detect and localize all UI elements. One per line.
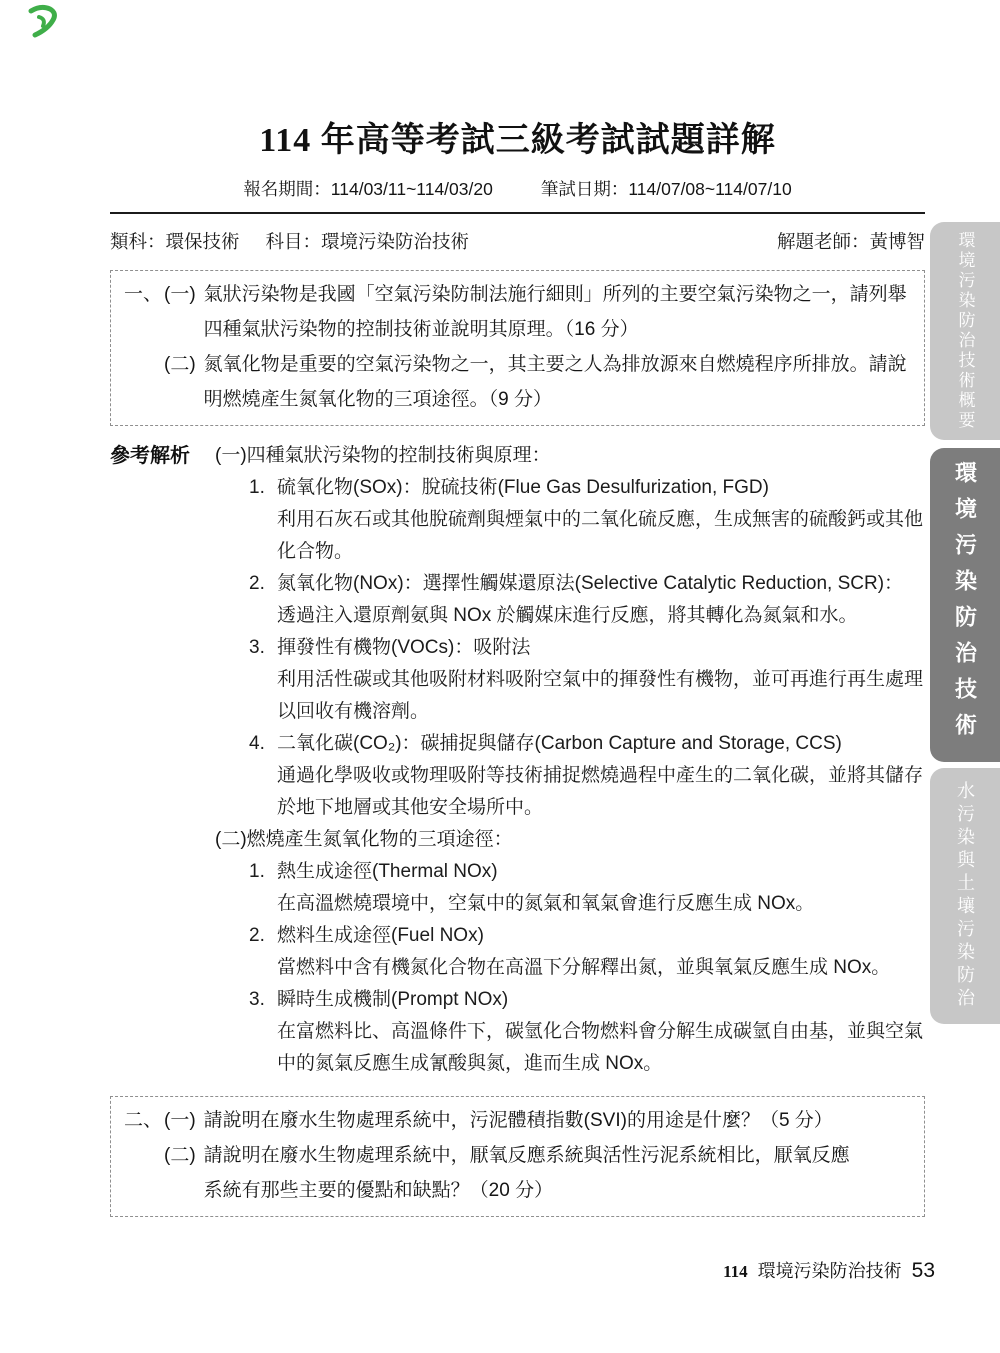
answer-item: 4. 二氧化碳(CO₂)：碳捕捉與儲存(Carbon Capture and S…: [215, 728, 925, 824]
green-corner-logo-icon: [26, 4, 58, 38]
category-label: 類科：環保技術: [110, 228, 240, 254]
exam-dates-row: 報名期間：114/03/11~114/03/20 筆試日期：114/07/08~…: [110, 176, 925, 201]
question-part-label: (一): [164, 1103, 196, 1138]
item-body: 當燃料中含有機氮化合物在高溫下分解釋出氮，並與氧氣反應生成 NOx。: [277, 952, 923, 984]
registration-period: 報名期間：114/03/11~114/03/20: [243, 176, 493, 201]
answer-item: 3. 揮發性有機物(VOCs)：吸附法 利用活性碳或其他吸附材料吸附空氣中的揮發…: [215, 632, 925, 728]
item-number: 2.: [249, 568, 271, 632]
sidebar-tab-water-soil-pollution: 水污染與土壤污染防治: [930, 768, 1000, 1024]
reference-analysis-content: (一)四種氣狀污染物的控制技術與原理： 1. 硫氧化物(SOx)：脫硫技術(Fl…: [215, 440, 925, 1080]
answer-item: 2. 燃料生成途徑(Fuel NOx) 當燃料中含有機氮化合物在高溫下分解釋出氮…: [215, 920, 925, 984]
answer-item: 3. 瞬時生成機制(Prompt NOx) 在富燃料比、高溫條件下，碳氫化合物燃…: [215, 984, 925, 1080]
question-part-label: (二): [164, 347, 196, 382]
header-divider: [110, 212, 925, 214]
item-title: 硫氧化物(SOx)：脫硫技術(Flue Gas Desulfurization,…: [277, 472, 923, 504]
question-2-box: 二、 (一) 請說明在廢水生物處理系統中，污泥體積指數(SVI)的用途是什麼？（…: [110, 1096, 925, 1217]
item-number: 3.: [249, 632, 271, 728]
sidebar-tab-label: 環境污染防治技術概要: [953, 231, 978, 431]
item-body: 利用活性碳或其他吸附材料吸附空氣中的揮發性有機物，並可再進行再生處理以回收有機溶…: [277, 664, 923, 728]
question-text: 請說明在廢水生物處理系統中，厭氧反應系統與活性污泥系統相比，厭氧反應系統有那些主…: [204, 1138, 852, 1208]
answer-item: 2. 氮氧化物(NOx)：選擇性觸媒還原法(Selective Catalyti…: [215, 568, 925, 632]
question-text: 氣狀污染物是我國「空氣污染防制法施行細則」所列的主要空氣污染物之一，請列舉四種氣…: [204, 277, 911, 347]
item-body: 通過化學吸收或物理吸附等技術捕捉燃燒過程中產生的二氧化碳，並將其儲存於地下地層或…: [277, 760, 923, 824]
item-title: 瞬時生成機制(Prompt NOx): [277, 984, 923, 1016]
question-part-label: (一): [164, 277, 196, 312]
answer-part-2-heading: (二)燃燒產生氮氧化物的三項途徑：: [215, 824, 925, 856]
question-2-part-2: (二) 請說明在廢水生物處理系統中，厭氧反應系統與活性污泥系統相比，厭氧反應系統…: [164, 1138, 911, 1208]
exam-paper-page: { "corner_mark": { "color": "#3fae49" },…: [0, 0, 1000, 1353]
item-body: 利用石灰石或其他脫硫劑與煙氣中的二氧化硫反應，生成無害的硫酸鈣或其他化合物。: [277, 504, 923, 568]
item-title: 熱生成途徑(Thermal NOx): [277, 856, 923, 888]
item-number: 1.: [249, 472, 271, 568]
answer-item: 1. 硫氧化物(SOx)：脫硫技術(Flue Gas Desulfurizati…: [215, 472, 925, 568]
item-body: 在高溫燃燒環境中，空氣中的氮氣和氧氣會進行反應生成 NOx。: [277, 888, 923, 920]
page-title: 114 年高等考試三級考試試題詳解: [110, 112, 925, 161]
footer-subject: 環境污染防治技術: [758, 1257, 902, 1283]
sidebar-tab-env-pollution-overview: 環境污染防治技術概要: [930, 222, 1000, 440]
item-title: 二氧化碳(CO₂)：碳捕捉與儲存(Carbon Capture and Stor…: [277, 728, 923, 760]
solver-label: 解題老師：黃博智: [777, 228, 925, 254]
sidebar-tab-label: 水污染與土壤污染防治: [952, 781, 978, 1011]
subject-label: 科目：環境污染防治技術: [266, 228, 470, 254]
page-content: 114 年高等考試三級考試試題詳解 報名期間：114/03/11~114/03/…: [110, 0, 925, 1217]
item-title: 氮氧化物(NOx)：選擇性觸媒還原法(Selective Catalytic R…: [277, 568, 923, 600]
sidebar-tab-label: 環境污染防治技術: [950, 461, 981, 749]
item-body: 透過注入還原劑氨與 NOx 於觸媒床進行反應，將其轉化為氮氣和水。: [277, 600, 923, 632]
answer-part-1-heading: (一)四種氣狀污染物的控制技術與原理：: [215, 440, 925, 472]
reference-analysis-label: 參考解析: [110, 440, 215, 1080]
item-title: 揮發性有機物(VOCs)：吸附法: [277, 632, 923, 664]
sidebar-tab-env-pollution-tech: 環境污染防治技術: [930, 448, 1000, 762]
footer-edition: 114: [723, 1262, 748, 1282]
question-1-box: 一、 (一) 氣狀污染物是我國「空氣污染防制法施行細則」所列的主要空氣污染物之一…: [110, 270, 925, 426]
page-footer: 114 環境污染防治技術 53: [723, 1257, 935, 1283]
item-number: 1.: [249, 856, 271, 920]
item-title: 燃料生成途徑(Fuel NOx): [277, 920, 923, 952]
written-exam-date: 筆試日期：114/07/08~114/07/10: [541, 176, 792, 201]
question-2-part-1: 二、 (一) 請說明在廢水生物處理系統中，污泥體積指數(SVI)的用途是什麼？（…: [124, 1103, 911, 1138]
question-1-part-1: 一、 (一) 氣狀污染物是我國「空氣污染防制法施行細則」所列的主要空氣污染物之一…: [124, 277, 911, 347]
item-number: 3.: [249, 984, 271, 1080]
meta-row: 類科：環保技術 科目：環境污染防治技術 解題老師：黃博智: [110, 228, 925, 254]
question-part-label: (二): [164, 1138, 196, 1173]
reference-analysis-section: 參考解析 (一)四種氣狀污染物的控制技術與原理： 1. 硫氧化物(SOx)：脫硫…: [110, 440, 925, 1080]
question-number: 一、: [124, 277, 162, 312]
question-1-part-2: (二) 氮氧化物是重要的空氣污染物之一，其主要之人為排放源來自燃燒程序所排放。請…: [164, 347, 911, 417]
question-text: 請說明在廢水生物處理系統中，污泥體積指數(SVI)的用途是什麼？（5 分）: [204, 1103, 852, 1138]
item-number: 2.: [249, 920, 271, 984]
question-text: 氮氧化物是重要的空氣污染物之一，其主要之人為排放源來自燃燒程序所排放。請說明燃燒…: [204, 347, 911, 417]
question-number: 二、: [124, 1103, 162, 1138]
answer-item: 1. 熱生成途徑(Thermal NOx) 在高溫燃燒環境中，空氣中的氮氣和氧氣…: [215, 856, 925, 920]
item-number: 4.: [249, 728, 271, 824]
footer-page-number: 53: [912, 1259, 935, 1283]
item-body: 在富燃料比、高溫條件下，碳氫化合物燃料會分解生成碳氫自由基，並與空氣中的氮氣反應…: [277, 1016, 923, 1080]
